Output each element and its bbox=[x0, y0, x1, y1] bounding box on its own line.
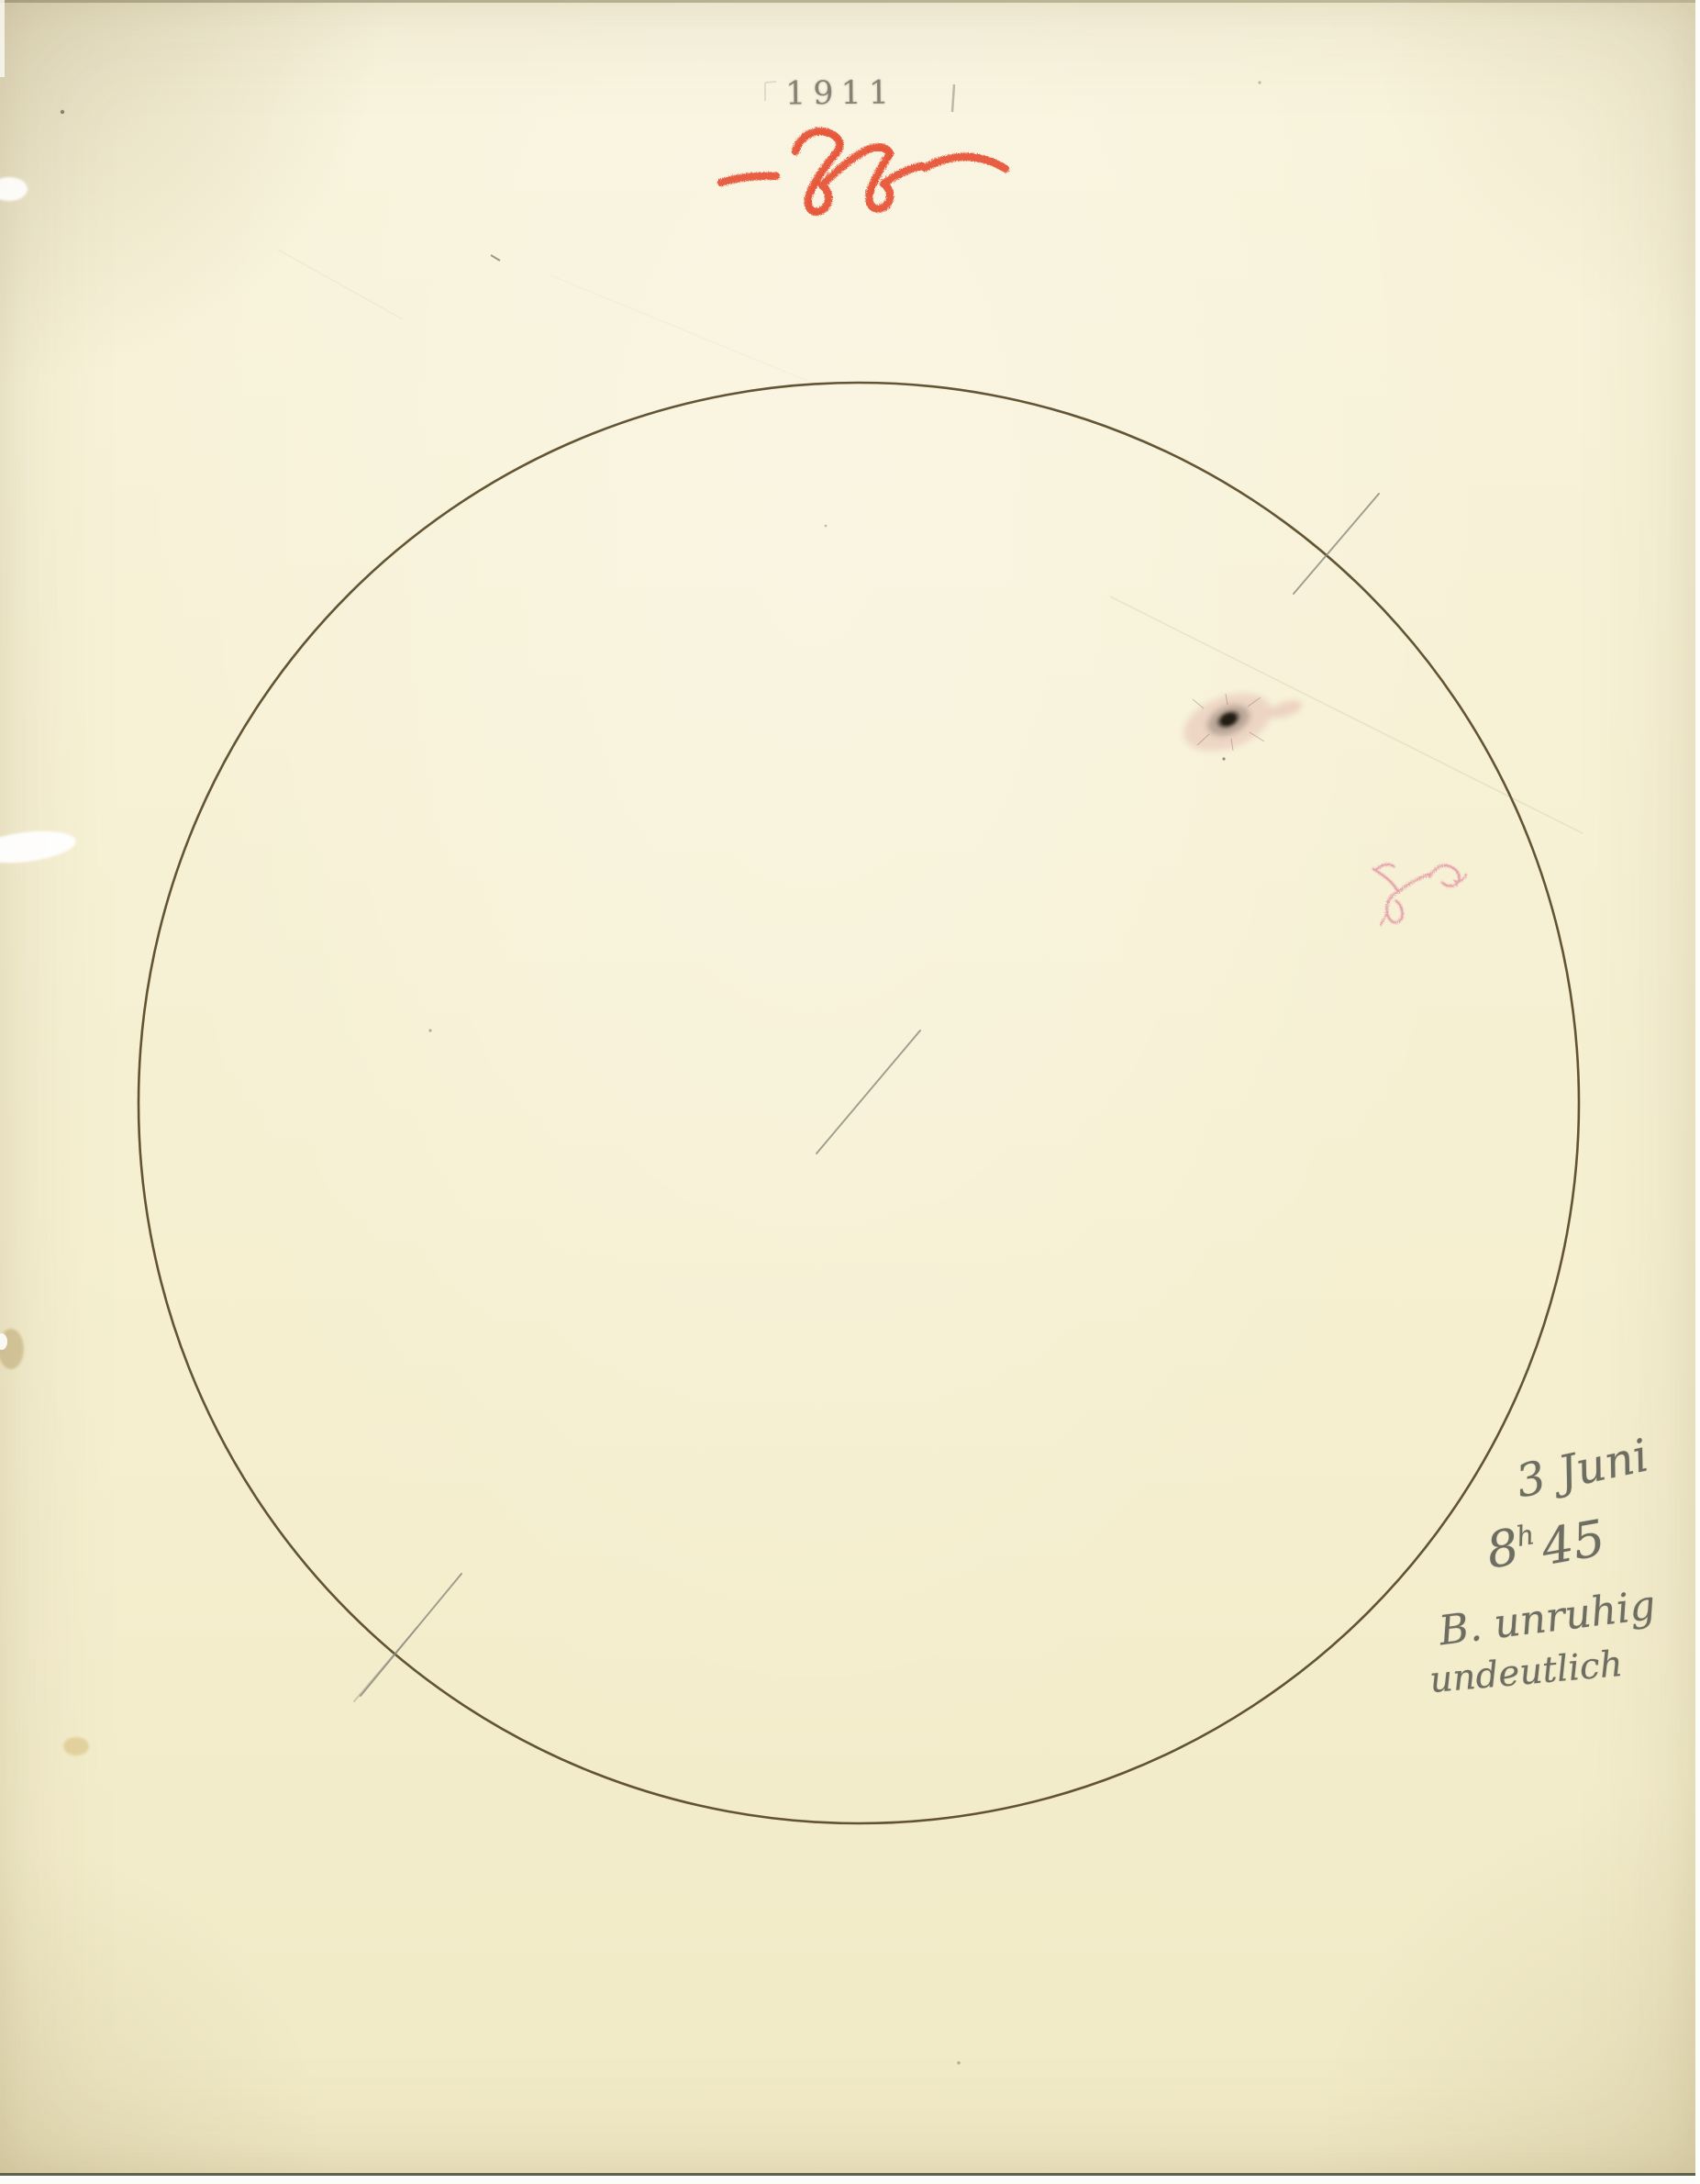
scan-right-edge bbox=[1695, 0, 1700, 2184]
scan-bottom-edge bbox=[0, 2173, 1700, 2184]
paper-creases bbox=[278, 250, 1583, 833]
orientation-pencil-marks bbox=[354, 494, 1379, 1701]
time-superscript: h bbox=[1514, 1519, 1537, 1554]
time-minutes: 45 bbox=[1538, 1509, 1610, 1577]
speck-2 bbox=[491, 255, 500, 261]
paper-flaws bbox=[0, 81, 1261, 2064]
speck-3 bbox=[428, 1029, 431, 1031]
tear-left-top bbox=[0, 177, 28, 201]
speck-1 bbox=[61, 110, 64, 114]
red-dash-left bbox=[721, 176, 776, 183]
tear-left-middle bbox=[0, 826, 78, 867]
red-dash-right bbox=[925, 157, 1006, 169]
red-number-77-mark: 77 bbox=[721, 131, 1006, 213]
limb-tick-upper-right bbox=[1294, 494, 1379, 594]
speck-5 bbox=[957, 2061, 961, 2065]
speck-4 bbox=[825, 525, 828, 528]
faculae-smudge-right bbox=[1266, 697, 1304, 722]
sunspot-group bbox=[1175, 683, 1304, 763]
sunspot-drawing-layer: 77 bbox=[0, 0, 1700, 2184]
speck-6 bbox=[1258, 81, 1261, 84]
small-speck bbox=[1222, 757, 1225, 760]
scanned-observation-sheet: 77 bbox=[0, 0, 1700, 2184]
center-axis-line bbox=[817, 1031, 920, 1153]
year-stamp: 1911 bbox=[785, 74, 896, 112]
faculae-sketch bbox=[1373, 864, 1466, 925]
stain-bottom-left bbox=[63, 1737, 89, 1755]
